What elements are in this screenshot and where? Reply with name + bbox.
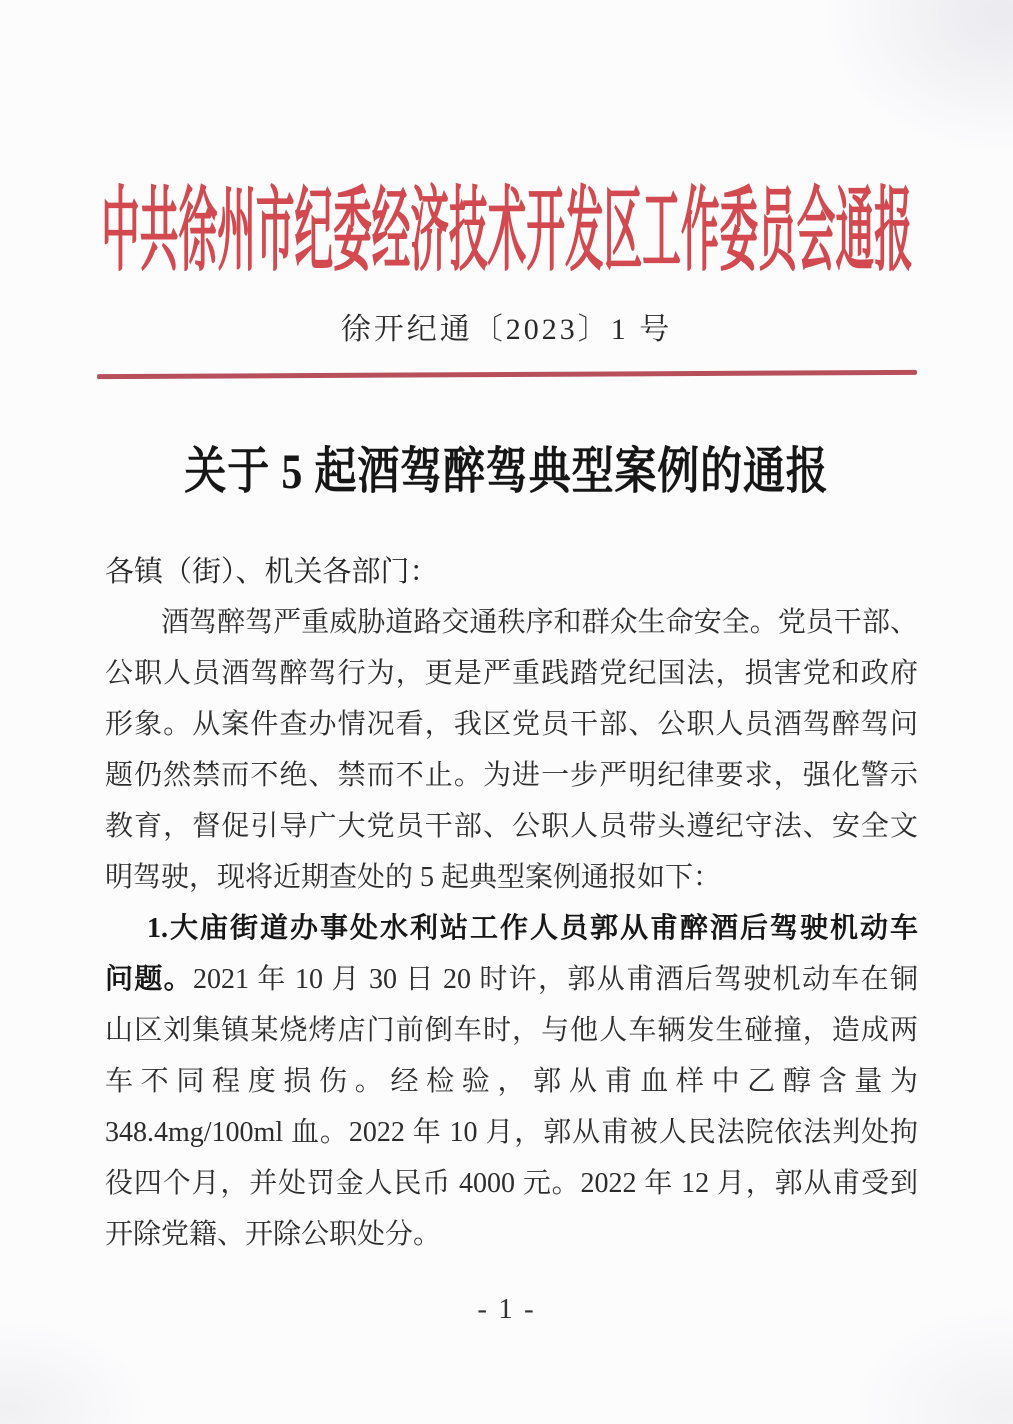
case1-text: 2021 年 10 月 30 日 20 时许，郭从甫酒后驾驶机动车在铜 [193,964,918,995]
doc-number: 徐开纪通〔2023〕1 号 [0,312,1013,348]
intro-line: 题仍然禁而不绝、禁而不止。为进一步严明纪律要求，强化警示 [105,750,918,801]
document-body: 各镇（街）、机关各部门： 酒驾醉驾严重威胁道路交通秩序和群众生命安全。党员干部、… [0,547,1013,1260]
intro-line: 明驾驶，现将近期查处的 5 起典型案例通报如下： [105,852,918,903]
case1-heading-tail: 问题。 [105,964,193,995]
intro-line: 公职人员酒驾醉驾行为，更是严重践踏党纪国法，损害党和政府 [105,648,918,699]
org-title: 中共徐州市纪委经济技术开发区工作委员会通报 [101,185,912,277]
case1-line: 348.4mg/100ml 血。2022 年 10 月，郭从甫被人民法院依法判处… [105,1107,918,1158]
page-number: - 1 - [0,1290,1013,1328]
document-title-row: 关于 5 起酒驾醉驾典型案例的通报 [0,439,1013,503]
red-letterhead: 中共徐州市纪委经济技术开发区工作委员会通报 [0,170,1013,292]
document-title: 关于 5 起酒驾醉驾典型案例的通报 [184,446,828,496]
salutation: 各镇（街）、机关各部门： [105,547,918,597]
intro-line: 教育，督促引导广大党员干部、公职人员带头遵纪守法、安全文 [105,801,918,852]
red-divider [96,370,916,379]
document-page: 中共徐州市纪委经济技术开发区工作委员会通报 徐开纪通〔2023〕1 号 关于 5… [0,0,1013,1424]
case1-line: 问题。2021 年 10 月 30 日 20 时许，郭从甫酒后驾驶机动车在铜 [105,954,918,1005]
intro-line: 形象。从案件查办情况看，我区党员干部、公职人员酒驾醉驾问 [105,699,918,750]
case1-heading-line: 1.大庙街道办事处水利站工作人员郭从甫醉酒后驾驶机动车 [105,903,918,954]
case1-line: 役四个月，并处罚金人民币 4000 元。2022 年 12 月，郭从甫受到 [105,1158,918,1209]
case1-line: 开除党籍、开除公职处分。 [105,1209,918,1260]
intro-line: 酒驾醉驾严重威胁道路交通秩序和群众生命安全。党员干部、 [105,597,918,648]
case1-line: 车不同程度损伤。经检验，郭从甫血样中乙醇含量为 [105,1056,918,1107]
case1-line: 山区刘集镇某烧烤店门前倒车时，与他人车辆发生碰撞，造成两 [105,1005,918,1056]
